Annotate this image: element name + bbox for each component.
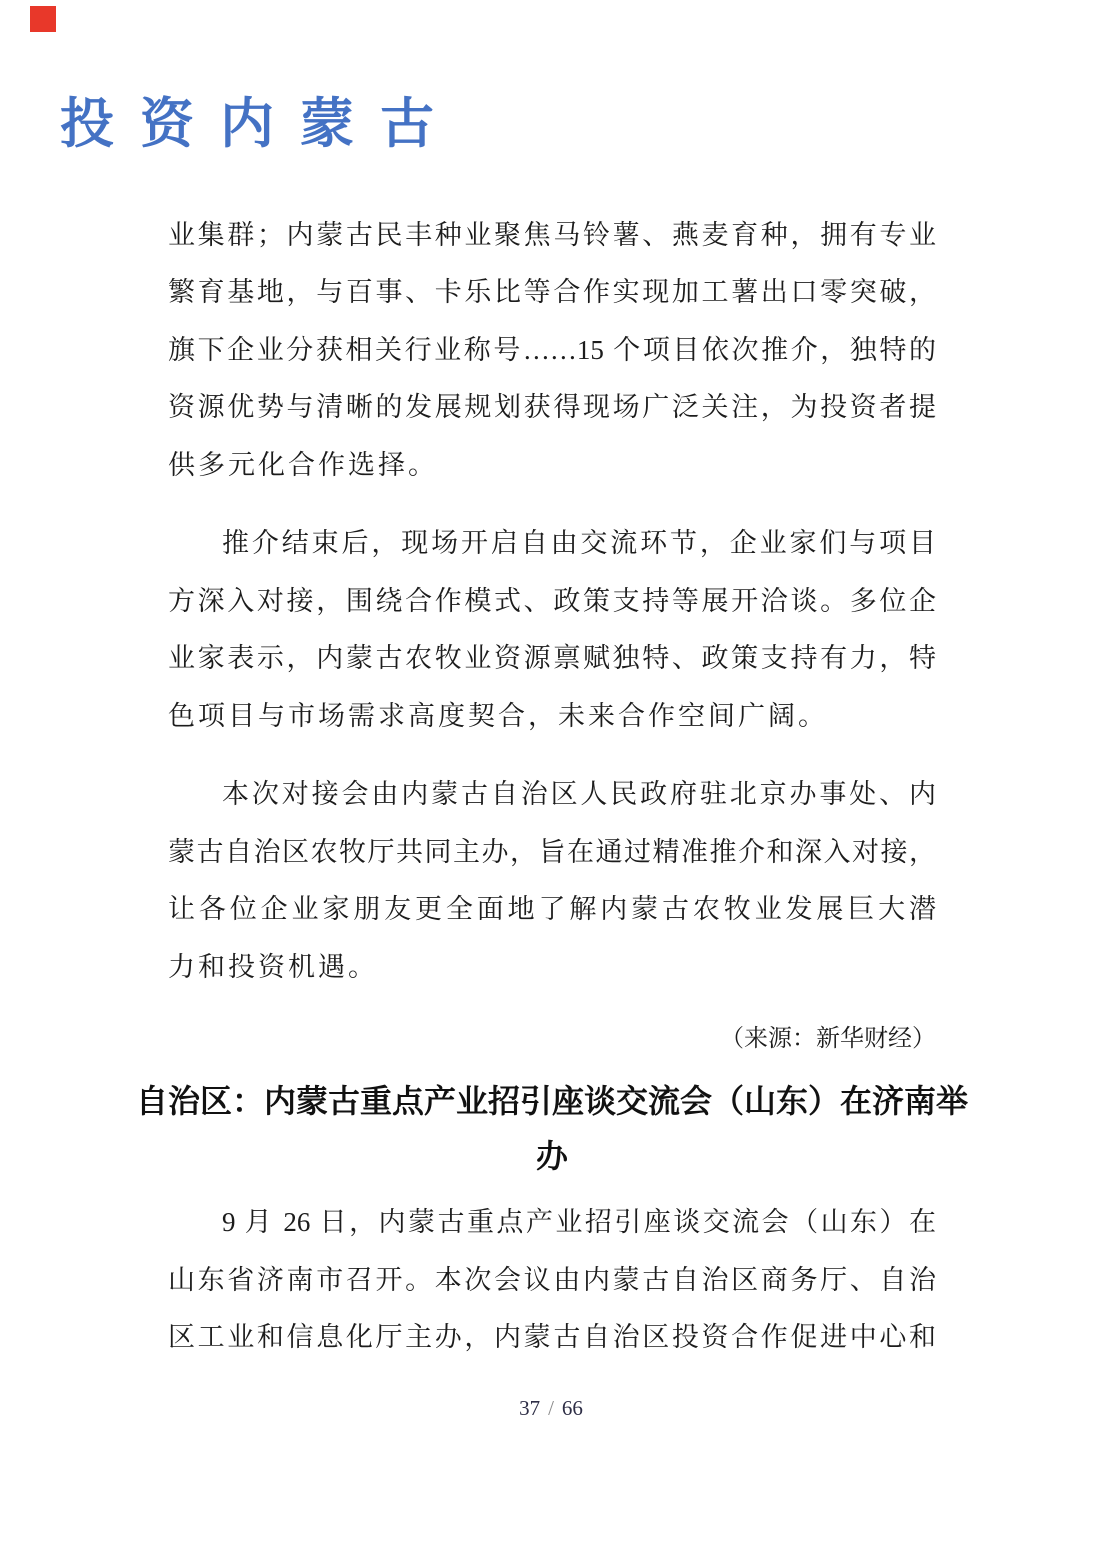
paragraph-line: 旗下企业分获相关行业称号……15 个项目依次推介，独特的 xyxy=(168,322,936,380)
paragraph-line: 蒙古自治区农牧厅共同主办，旨在通过精准推介和深入对接， xyxy=(168,824,936,882)
section-heading-line: 办 xyxy=(168,1129,936,1184)
paragraph: 推介结束后，现场开启自由交流环节，企业家们与项目 方深入对接，围绕合作模式、政策… xyxy=(168,515,936,745)
total-page-count: 66 xyxy=(562,1396,583,1420)
source-attribution: （来源：新华财经） xyxy=(168,1020,936,1058)
paragraph-line: 力和投资机遇。 xyxy=(168,939,936,997)
paragraph-line: 供多元化合作选择。 xyxy=(168,437,936,495)
article-body: 业集群；内蒙古民丰种业聚焦马铃薯、燕麦育种，拥有专业 繁育基地，与百事、卡乐比等… xyxy=(168,207,936,1367)
paragraph: 本次对接会由内蒙古自治区人民政府驻北京办事处、内 蒙古自治区农牧厅共同主办，旨在… xyxy=(168,766,936,996)
current-page-number: 37 xyxy=(519,1396,540,1420)
paragraph-line: 繁育基地，与百事、卡乐比等合作实现加工薯出口零突破， xyxy=(168,264,936,322)
paragraph: 业集群；内蒙古民丰种业聚焦马铃薯、燕麦育种，拥有专业 繁育基地，与百事、卡乐比等… xyxy=(168,207,936,495)
section-heading-line: 自治区：内蒙古重点产业招引座谈交流会（山东）在济南举 xyxy=(168,1074,936,1129)
paragraph-line: 业家表示，内蒙古农牧业资源禀赋独特、政策支持有力，特 xyxy=(168,630,936,688)
section-heading: 自治区：内蒙古重点产业招引座谈交流会（山东）在济南举 办 xyxy=(168,1074,936,1184)
page-number-footer: 37/66 xyxy=(0,1396,1102,1421)
red-corner-marker xyxy=(30,6,56,32)
paragraph-line: 区工业和信息化厅主办，内蒙古自治区投资合作促进中心和 xyxy=(168,1309,936,1367)
paragraph-line: 色项目与市场需求高度契合，未来合作空间广阔。 xyxy=(168,688,936,746)
paragraph-line: 业集群；内蒙古民丰种业聚焦马铃薯、燕麦育种，拥有专业 xyxy=(168,207,936,265)
paragraph-line: 推介结束后，现场开启自由交流环节，企业家们与项目 xyxy=(168,515,936,573)
paragraph-line: 让各位企业家朋友更全面地了解内蒙古农牧业发展巨大潜 xyxy=(168,881,936,939)
paragraph-line: 9 月 26 日，内蒙古重点产业招引座谈交流会（山东）在 xyxy=(168,1194,936,1252)
document-page: 投资内蒙古 业集群；内蒙古民丰种业聚焦马铃薯、燕麦育种，拥有专业 繁育基地，与百… xyxy=(0,0,1102,1559)
page-number-separator: / xyxy=(540,1396,562,1420)
paragraph: 9 月 26 日，内蒙古重点产业招引座谈交流会（山东）在 山东省济南市召开。本次… xyxy=(168,1194,936,1367)
paragraph-line: 方深入对接，围绕合作模式、政策支持等展开洽谈。多位企 xyxy=(168,573,936,631)
paragraph-line: 资源优势与清晰的发展规划获得现场广泛关注，为投资者提 xyxy=(168,379,936,437)
paragraph-line: 山东省济南市召开。本次会议由内蒙古自治区商务厅、自治 xyxy=(168,1252,936,1310)
document-title: 投资内蒙古 xyxy=(0,0,1102,157)
paragraph-line: 本次对接会由内蒙古自治区人民政府驻北京办事处、内 xyxy=(168,766,936,824)
